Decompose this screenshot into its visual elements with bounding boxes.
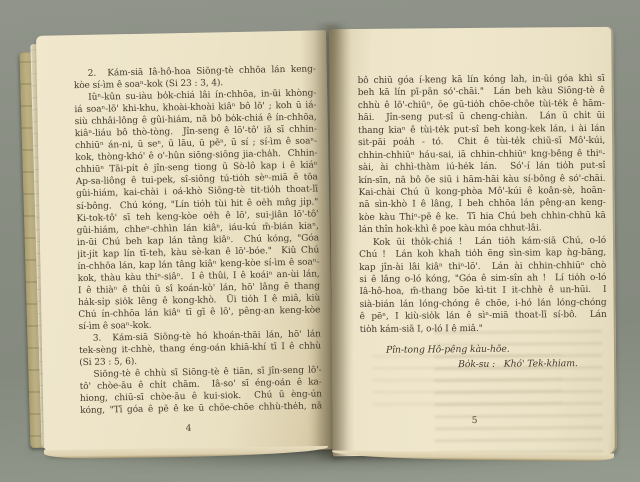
paragraph: Siōng-tè ê chhù sī Siōng-tè ê tiān, sī j… (79, 365, 322, 418)
text-line: ê pēⁿ, I kiù-sio̍k lán ê sìⁿ-miā thoat-l… (360, 309, 607, 324)
signature-block: Pîn-tong Hô-pêng kàu-hōe.Bo̍k-su : Khó' … (360, 341, 607, 373)
paragraph: Iûⁿ-kûn su-iàu bo̍k-chiá lâi ín-chhōa, i… (74, 88, 321, 334)
signature-line: Bo̍k-su : Khó' Tek-khiam. (360, 356, 607, 373)
text-line: tio̍h kám-siā I, o-ló I ê miâ." (360, 322, 607, 337)
paragraph: 3. Kám-siā Siōng-tè hó khoán-thāi lán, h… (79, 328, 322, 369)
left-page: 2. Kám-siā Iâ-hô-hoa Siōng-tè chhōa lán … (36, 30, 334, 454)
photo-background: 2. Kám-siā Iâ-hô-hoa Siōng-tè chhōa lán … (0, 0, 640, 482)
left-page-text-column: 2. Kám-siā Iâ-hô-hoa Siōng-tè chhōa lán … (74, 63, 323, 417)
left-page-number: 4 (44, 421, 334, 437)
right-page: bô chiū góa í-keng kā lín kóng lah, in-ū… (329, 27, 617, 456)
paragraph: bô chiū góa í-keng kā lín kóng lah, in-ū… (358, 73, 606, 237)
paragraph: Kok ūi tho̍k-chiá ! Lán tio̍h kám-siā Ch… (359, 235, 607, 337)
right-page-number: 5 (333, 415, 617, 427)
right-page-text-column: bô chiū góa í-keng kā lín kóng lah, in-ū… (358, 73, 608, 373)
text-line: kòe kàu Thiⁿ-pē ê ke. Tī hia Chú beh chh… (359, 210, 606, 225)
